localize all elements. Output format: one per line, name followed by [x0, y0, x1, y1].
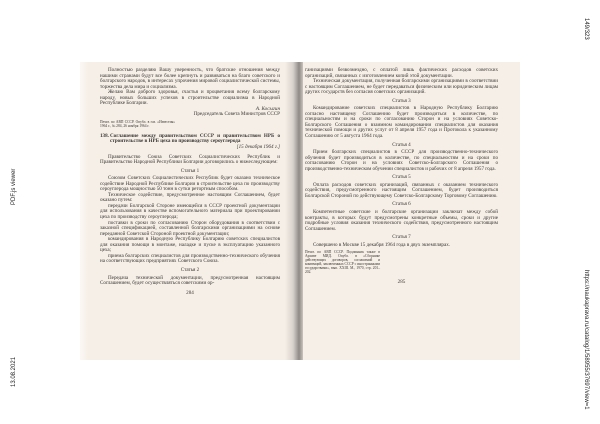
paragraph: Компетентные советские и болгарские орга…	[305, 210, 498, 232]
source-note: Печат. по АВП СССР. Опубл. в газ. «Извес…	[100, 120, 175, 128]
book-spread: Полностью разделяю Вашу уверенность, что…	[80, 62, 520, 360]
paragraph: Техническая документация, полученная бол…	[305, 79, 498, 96]
paragraph: поставки в сроки по согласованию Сторон …	[100, 221, 280, 238]
signature-title: Председатель Совета Министров СССР	[100, 112, 280, 118]
article-heading: Статья 2	[100, 268, 280, 274]
viewer-app-label: PDF.js viewer	[11, 169, 17, 205]
paragraph: Прием болгарских специалистов в СССР для…	[305, 150, 498, 172]
paragraph: передачи Болгарской Стороне имеющейся в …	[100, 204, 280, 221]
source-url: https://naukaprava.ru/catalog/1/58955/37…	[583, 270, 589, 410]
article-heading: Статья 1	[100, 169, 280, 175]
source-note: Печат. по АВП СССР. Подлинник также в Ар…	[305, 250, 380, 274]
page-number: 285	[305, 280, 498, 286]
right-page: ганизациями безвозмездно, с оплатой лишь…	[298, 62, 520, 360]
paragraph: Союзом Советских Социалистических Респуб…	[100, 176, 280, 193]
document-title: 138. Соглашение между правительством ССС…	[100, 134, 280, 145]
page-number: 284	[100, 291, 280, 297]
paragraph: Полностью разделяю Вашу уверенность, что…	[100, 68, 280, 90]
document-number: 138.	[100, 134, 109, 140]
left-page: Полностью разделяю Вашу уверенность, что…	[80, 62, 298, 360]
document-title-text: Соглашение между правительством СССР и п…	[110, 133, 280, 145]
paragraph: Совершено в Москве 15 декабря 1964 года …	[305, 243, 498, 249]
paragraph: Командирование советских специалистов в …	[305, 106, 498, 139]
paragraph: Передача технической документации, преду…	[100, 276, 280, 287]
article-heading: Статья 4	[305, 143, 498, 149]
article-heading: Статья 5	[305, 175, 498, 181]
paragraph: приема болгарских специалистов для произ…	[100, 254, 280, 265]
paragraph: командирования в Народную Республику Бол…	[100, 237, 280, 254]
article-heading: Статья 6	[305, 202, 498, 208]
print-date: 13.08.2021	[11, 357, 17, 387]
page-counter: 149/323	[583, 18, 589, 40]
article-heading: Статья 3	[305, 99, 498, 105]
paragraph: Желаю Вам доброго здоровья, счастья и пр…	[100, 90, 280, 107]
paragraph: Оплата расходов советских организаций, с…	[305, 183, 498, 200]
document-date: [15 декабря 1964 г.]	[100, 145, 280, 151]
article-heading: Статья 7	[305, 235, 498, 241]
preamble: Правительство Союза Советских Социалисти…	[100, 155, 280, 166]
